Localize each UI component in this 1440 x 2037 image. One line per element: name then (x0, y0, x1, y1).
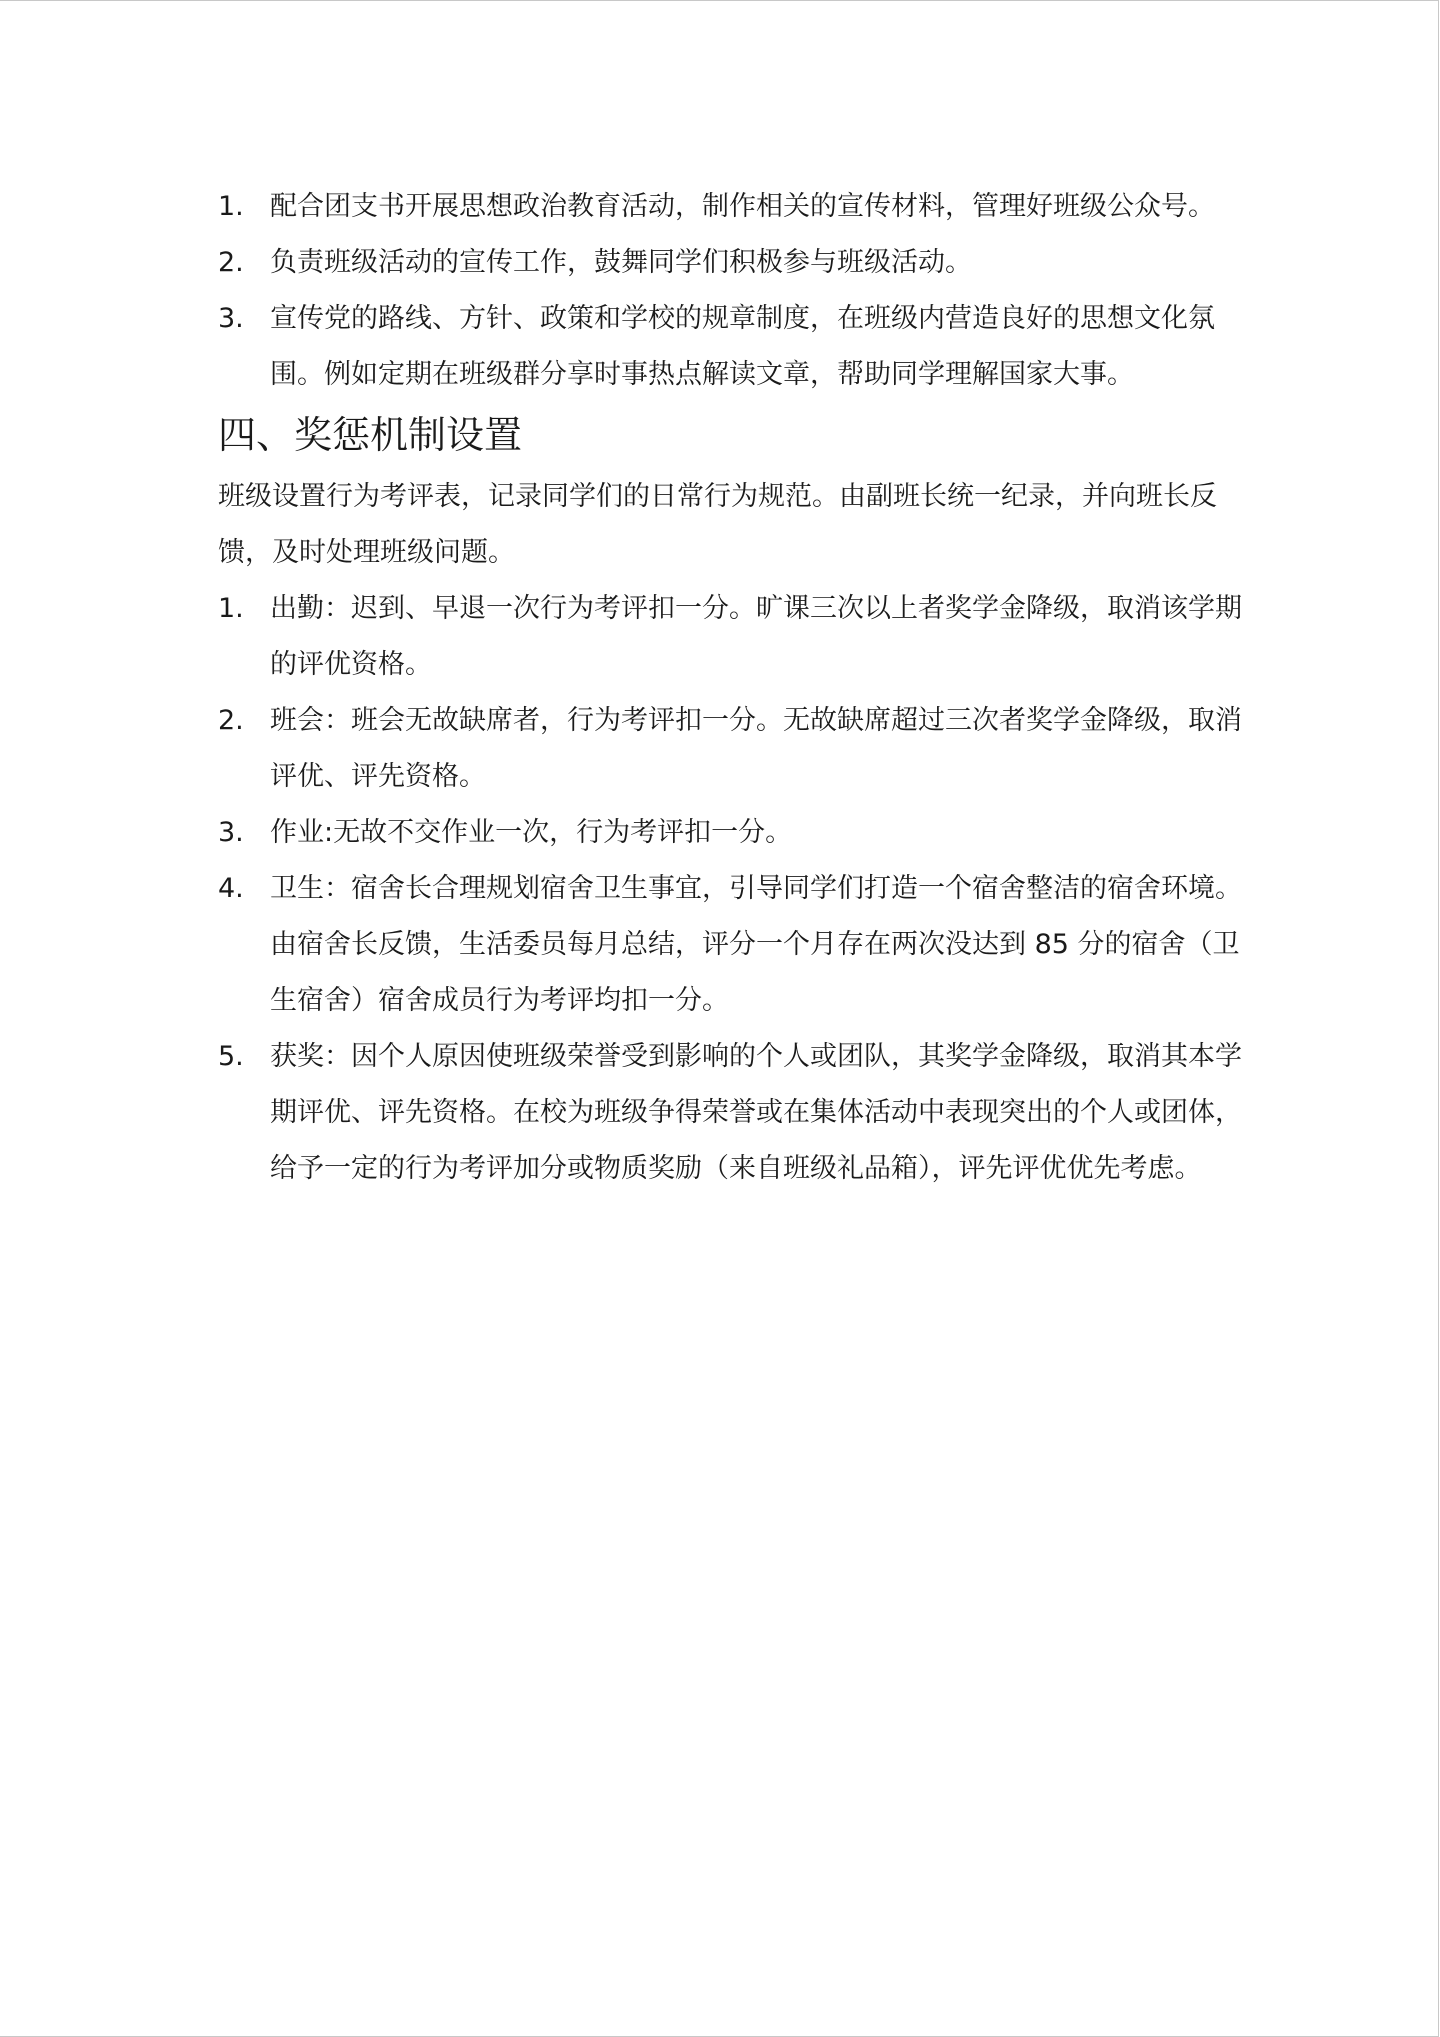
list-text: 配合团支书开展思想政治教育活动，制作相关的宣传材料，管理好班级公众号。 (270, 191, 1215, 222)
list-item: 5. 获奖：因个人原因使班级荣誉受到影响的个人或团队，其奖学金降级，取消其本学期… (218, 1029, 1248, 1197)
list-number: 3. (218, 291, 266, 347)
list-text: 卫生：宿舍长合理规划宿舍卫生事宜，引导同学们打造一个宿舍整洁的宿舍环境。由宿舍长… (270, 873, 1242, 1016)
list-text: 宣传党的路线、方针、政策和学校的规章制度，在班级内营造良好的思想文化氛围。例如定… (270, 303, 1215, 390)
list-text: 作业:无故不交作业一次，行为考评扣一分。 (270, 817, 792, 848)
list-text: 出勤：迟到、早退一次行为考评扣一分。旷课三次以上者奖学金降级，取消该学期的评优资… (270, 593, 1242, 680)
list-text: 获奖：因个人原因使班级荣誉受到影响的个人或团队，其奖学金降级，取消其本学期评优、… (270, 1041, 1242, 1184)
list-item: 1. 出勤：迟到、早退一次行为考评扣一分。旷课三次以上者奖学金降级，取消该学期的… (218, 581, 1248, 693)
list-number: 1. (218, 581, 266, 637)
list-number: 2. (218, 693, 266, 749)
document-content: 1. 配合团支书开展思想政治教育活动，制作相关的宣传材料，管理好班级公众号。 2… (218, 179, 1248, 1197)
list-text: 负责班级活动的宣传工作，鼓舞同学们积极参与班级活动。 (270, 247, 972, 278)
section-intro: 班级设置行为考评表，记录同学们的日常行为规范。由副班长统一纪录，并向班长反馈，及… (218, 469, 1248, 581)
document-page: 1. 配合团支书开展思想政治教育活动，制作相关的宣传材料，管理好班级公众号。 2… (0, 0, 1439, 2037)
list-item: 2. 负责班级活动的宣传工作，鼓舞同学们积极参与班级活动。 (218, 235, 1248, 291)
list-item: 2. 班会：班会无故缺席者，行为考评扣一分。无故缺席超过三次者奖学金降级，取消评… (218, 693, 1248, 805)
list-item: 1. 配合团支书开展思想政治教育活动，制作相关的宣传材料，管理好班级公众号。 (218, 179, 1248, 235)
list-item: 3. 作业:无故不交作业一次，行为考评扣一分。 (218, 805, 1248, 861)
list-number: 2. (218, 235, 266, 291)
list-item: 3. 宣传党的路线、方针、政策和学校的规章制度，在班级内营造良好的思想文化氛围。… (218, 291, 1248, 403)
section-heading: 四、奖惩机制设置 (218, 405, 1248, 465)
list-number: 3. (218, 805, 266, 861)
list-item: 4. 卫生：宿舍长合理规划宿舍卫生事宜，引导同学们打造一个宿舍整洁的宿舍环境。由… (218, 861, 1248, 1029)
list-number: 4. (218, 861, 266, 917)
list-number: 1. (218, 179, 266, 235)
list-text: 班会：班会无故缺席者，行为考评扣一分。无故缺席超过三次者奖学金降级，取消评优、评… (270, 705, 1242, 792)
list-number: 5. (218, 1029, 266, 1085)
